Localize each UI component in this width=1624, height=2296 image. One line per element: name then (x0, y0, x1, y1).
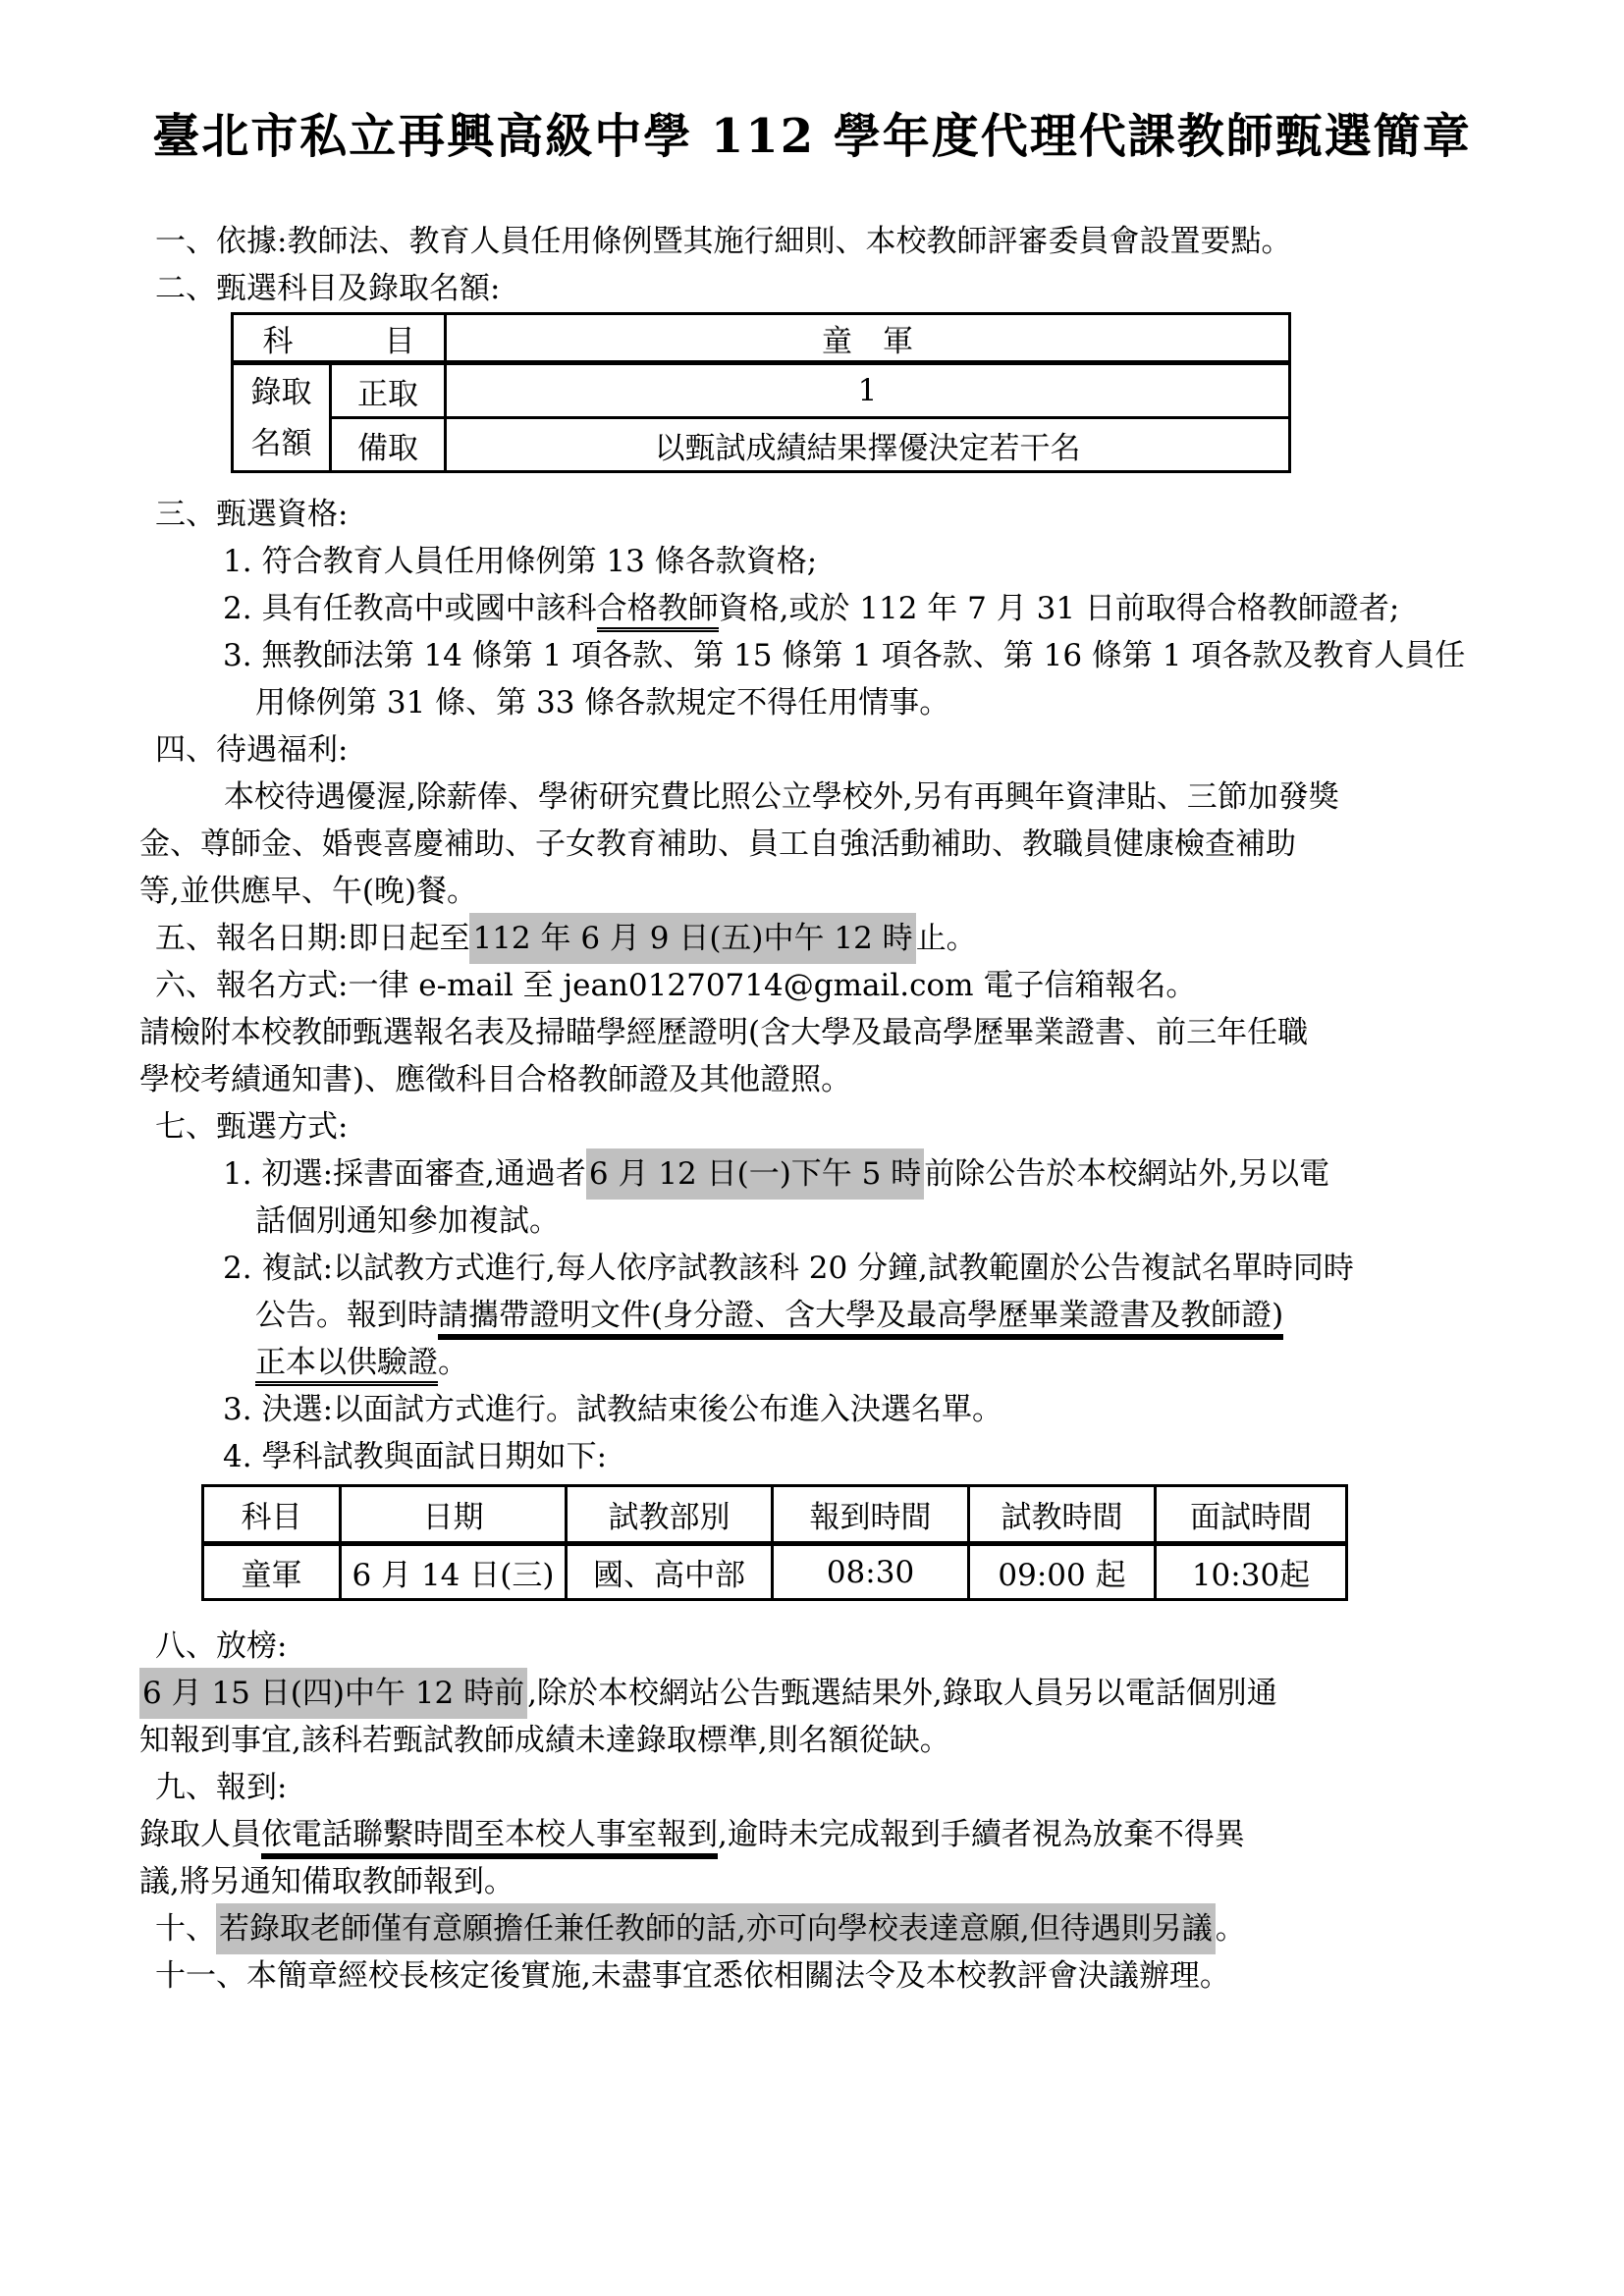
quota-label-line2: 名額 (234, 418, 329, 469)
item-11-text: 本簡章經校長核定後實施,未盡事宜悉依相關法令及本校教評會決議辦理。 (246, 1958, 1230, 1994)
schedule-cell-division: 國、高中部 (567, 1544, 773, 1600)
item-3-sub-3-number: 3. (223, 638, 252, 673)
item-7-sub-2-line3-underlined: 正本以供驗證 (255, 1345, 438, 1386)
item-7-number: 七、 (155, 1109, 216, 1145)
item-7-sub-1-post: 前除公告於本校網站外,另以電 (924, 1156, 1329, 1192)
item-3-sub-3: 3.無教師法第 14 條第 1 項各款、第 15 條第 1 項各款、第 16 條… (223, 632, 1624, 679)
item-8-highlight: 6 月 15 日(四)中午 12 時前 (139, 1668, 527, 1719)
item-9-body-line1: 錄取人員依電話聯繫時間至本校人事室報到,逾時未完成報到手續者視為放棄不得異 (139, 1811, 1624, 1858)
item-6-text: 報名方式:一律 e-mail 至 jean01270714@gmail.com … (216, 968, 1196, 1003)
item-3-sub-1: 1.符合教育人員任用條例第 13 條各款資格; (223, 538, 1624, 585)
item-8: 八、放榜: (155, 1623, 1624, 1670)
item-5-highlight: 112 年 6 月 9 日(五)中午 12 時 (469, 913, 915, 964)
item-7-sub-1: 1.初選:採書面審查,通過者6 月 12 日(一)下午 5 時前除公告於本校網站… (223, 1150, 1624, 1198)
item-3-sub-3-line1: 無教師法第 14 條第 1 項各款、第 15 條第 1 項各款、第 16 條第 … (262, 638, 1466, 673)
item-3-sub-2-number: 2. (223, 591, 252, 626)
item-2-number: 二、 (155, 271, 216, 306)
page-title: 臺北市私立再興高級中學 112 學年度代理代課教師甄選簡章 (0, 104, 1624, 169)
item-8-post: ,除於本校網站公告甄選結果外,錄取人員另以電話個別通 (527, 1676, 1277, 1711)
item-7-sub-1-continuation: 話個別通知參加複試。 (255, 1198, 1624, 1245)
quota-table: 科 目 童 軍 錄取 名額 正取 1 備取 以甄試成績結果擇優決定若干名 (231, 312, 1291, 473)
item-9-text: 報到: (216, 1770, 287, 1805)
schedule-header-date: 日期 (341, 1486, 567, 1544)
item-7-sub-2-line2: 公告。報到時請攜帶證明文件(身分證、含大學及最高學歷畢業證書及教師證) (255, 1292, 1624, 1339)
schedule-cell-checkin-time: 08:30 (773, 1544, 969, 1600)
quota-table-subject-value: 童 軍 (446, 314, 1290, 363)
item-3-sub-1-text: 符合教育人員任用條例第 13 條各款資格; (262, 544, 818, 579)
item-1-number: 一、 (155, 224, 216, 259)
item-3-text: 甄選資格: (216, 497, 348, 532)
item-11: 十一、本簡章經校長核定後實施,未盡事宜悉依相關法令及本校教評會決議辦理。 (155, 1952, 1624, 2000)
item-3-sub-2: 2.具有任教高中或國中該科合格教師資格,或於 112 年 7 月 31 日前取得… (223, 585, 1624, 632)
item-4-body-line2: 金、尊師金、婚喪喜慶補助、子女教育補助、員工自強活動補助、教職員健康檢查補助 (139, 821, 1624, 868)
schedule-cell-date: 6 月 14 日(三) (341, 1544, 567, 1600)
item-5: 五、報名日期:即日起至112 年 6 月 9 日(五)中午 12 時止。 (155, 915, 1624, 962)
item-7-sub-4-number: 4. (223, 1439, 252, 1474)
item-5-number: 五、 (155, 921, 216, 956)
schedule-cell-subject: 童軍 (203, 1544, 341, 1600)
item-4-number: 四、 (155, 732, 216, 768)
item-5-text-post: 止。 (916, 921, 977, 956)
item-3-sub-2-underlined: 合格教師 (597, 591, 719, 632)
item-7-sub-2: 2.複試:以試教方式進行,每人依序試教該科 20 分鐘,試教範圍於公告複試名單時… (223, 1245, 1624, 1292)
item-9-pre: 錄取人員 (139, 1817, 261, 1852)
quota-table-regular-label: 正取 (331, 363, 446, 418)
item-8-body-line2: 知報到事宜,該科若甄試教師成績未達錄取標準,則名額從缺。 (139, 1717, 1624, 1764)
item-7-sub-3-number: 3. (223, 1392, 252, 1427)
item-3-sub-2-text-b: 資格,或於 112 年 7 月 31 日前取得合格教師證者; (719, 591, 1400, 626)
item-7-sub-2-number: 2. (223, 1251, 252, 1286)
item-3-sub-1-number: 1. (223, 544, 252, 579)
item-3-sub-2-text-a: 具有任教高中或國中該科 (262, 591, 597, 626)
quota-table-subject-label: 科 目 (233, 314, 446, 363)
item-1-text: 依據:教師法、教育人員任用條例暨其施行細則、本校教師評審委員會設置要點。 (216, 224, 1291, 259)
item-2-text: 甄選科目及錄取名額: (216, 271, 500, 306)
item-10-number: 十、 (155, 1911, 216, 1947)
schedule-cell-teaching-time: 09:00 起 (969, 1544, 1156, 1600)
item-4: 四、待遇福利: (155, 726, 1624, 774)
item-7-sub-4-text: 學科試教與面試日期如下: (262, 1439, 607, 1474)
item-5-text-pre: 報名日期:即日起至 (216, 921, 469, 956)
item-4-text: 待遇福利: (216, 732, 348, 768)
schedule-header-interview-time: 面試時間 (1156, 1486, 1347, 1544)
schedule-header-subject: 科目 (203, 1486, 341, 1544)
item-7-sub-3-text: 決選:以面試方式進行。試教結束後公布進入決選名單。 (262, 1392, 1002, 1427)
item-7-sub-2-line2-pre: 公告。報到時 (255, 1298, 438, 1333)
item-8-text: 放榜: (216, 1629, 287, 1664)
item-4-body-line3: 等,並供應早、午(晚)餐。 (139, 868, 1624, 915)
item-7: 七、甄選方式: (155, 1103, 1624, 1150)
item-7-sub-4: 4.學科試教與面試日期如下: (223, 1433, 1624, 1480)
item-11-number: 十一、 (155, 1958, 246, 1994)
item-7-sub-1-number: 1. (223, 1156, 252, 1192)
schedule-header-checkin-time: 報到時間 (773, 1486, 969, 1544)
schedule-header-division: 試教部別 (567, 1486, 773, 1544)
item-9-number: 九、 (155, 1770, 216, 1805)
document-page: 臺北市私立再興高級中學 112 學年度代理代課教師甄選簡章 一、依據:教師法、教… (0, 0, 1624, 2296)
item-7-sub-2-line3: 正本以供驗證。 (255, 1339, 1624, 1386)
quota-label-line1: 錄取 (234, 367, 329, 418)
schedule-header-teaching-time: 試教時間 (969, 1486, 1156, 1544)
quota-table-alternate-value: 以甄試成績結果擇優決定若干名 (446, 418, 1290, 472)
item-9: 九、報到: (155, 1764, 1624, 1811)
item-10: 十、若錄取老師僅有意願擔任兼任教師的話,亦可向學校表達意願,但待遇則另議。 (155, 1905, 1624, 1952)
item-7-sub-1-pre: 初選:採書面審查,通過者 (262, 1156, 586, 1192)
item-9-body-line2: 議,將另通知備取教師報到。 (139, 1858, 1624, 1905)
item-7-sub-3: 3.決選:以面試方式進行。試教結束後公布進入決選名單。 (223, 1386, 1624, 1433)
item-6-body-line2: 學校考績通知書)、應徵科目合格教師證及其他證照。 (139, 1056, 1624, 1103)
quota-table-regular-value: 1 (446, 363, 1290, 418)
item-4-body-line1: 本校待遇優渥,除薪俸、學術研究費比照公立學校外,另有再興年資津貼、三節加發獎 (139, 774, 1624, 821)
item-3-number: 三、 (155, 497, 216, 532)
quota-table-quota-label: 錄取 名額 (233, 363, 331, 472)
schedule-row: 童軍 6 月 14 日(三) 國、高中部 08:30 09:00 起 10:30… (203, 1544, 1347, 1600)
schedule-cell-interview-time: 10:30起 (1156, 1544, 1347, 1600)
item-10-post: 。 (1216, 1911, 1246, 1947)
item-7-sub-1-highlight: 6 月 12 日(一)下午 5 時 (586, 1148, 924, 1200)
schedule-table: 科目 日期 試教部別 報到時間 試教時間 面試時間 童軍 6 月 14 日(三)… (201, 1484, 1348, 1601)
quota-table-alternate-label: 備取 (331, 418, 446, 472)
item-8-body-line1: 6 月 15 日(四)中午 12 時前,除於本校網站公告甄選結果外,錄取人員另以… (139, 1670, 1624, 1717)
item-9-underlined: 依電話聯繫時間至本校人事室報到 (261, 1817, 718, 1859)
item-6-body-line1: 請檢附本校教師甄選報名表及掃瞄學經歷證明(含大學及最高學歷畢業證書、前三年任職 (139, 1009, 1624, 1056)
item-7-sub-2-line1: 複試:以試教方式進行,每人依序試教該科 20 分鐘,試教範圍於公告複試名單時同時 (262, 1251, 1354, 1286)
item-7-text: 甄選方式: (216, 1109, 348, 1145)
item-7-sub-2-line3-post: 。 (438, 1345, 468, 1380)
item-2: 二、甄選科目及錄取名額: (155, 265, 1624, 312)
item-8-number: 八、 (155, 1629, 216, 1664)
item-7-sub-2-line2-underlined: 請攜帶證明文件(身分證、含大學及最高學歷畢業證書及教師證) (438, 1298, 1283, 1340)
item-6-number: 六、 (155, 968, 216, 1003)
item-10-highlight: 若錄取老師僅有意願擔任兼任教師的話,亦可向學校表達意願,但待遇則另議 (216, 1903, 1216, 1954)
item-3-sub-3-continuation: 用條例第 31 條、第 33 條各款規定不得任用情事。 (255, 679, 1624, 726)
item-6: 六、報名方式:一律 e-mail 至 jean01270714@gmail.co… (155, 962, 1624, 1009)
item-1: 一、依據:教師法、教育人員任用條例暨其施行細則、本校教師評審委員會設置要點。 (155, 218, 1624, 265)
item-9-post: ,逾時未完成報到手續者視為放棄不得異 (718, 1817, 1245, 1852)
item-3: 三、甄選資格: (155, 491, 1624, 538)
